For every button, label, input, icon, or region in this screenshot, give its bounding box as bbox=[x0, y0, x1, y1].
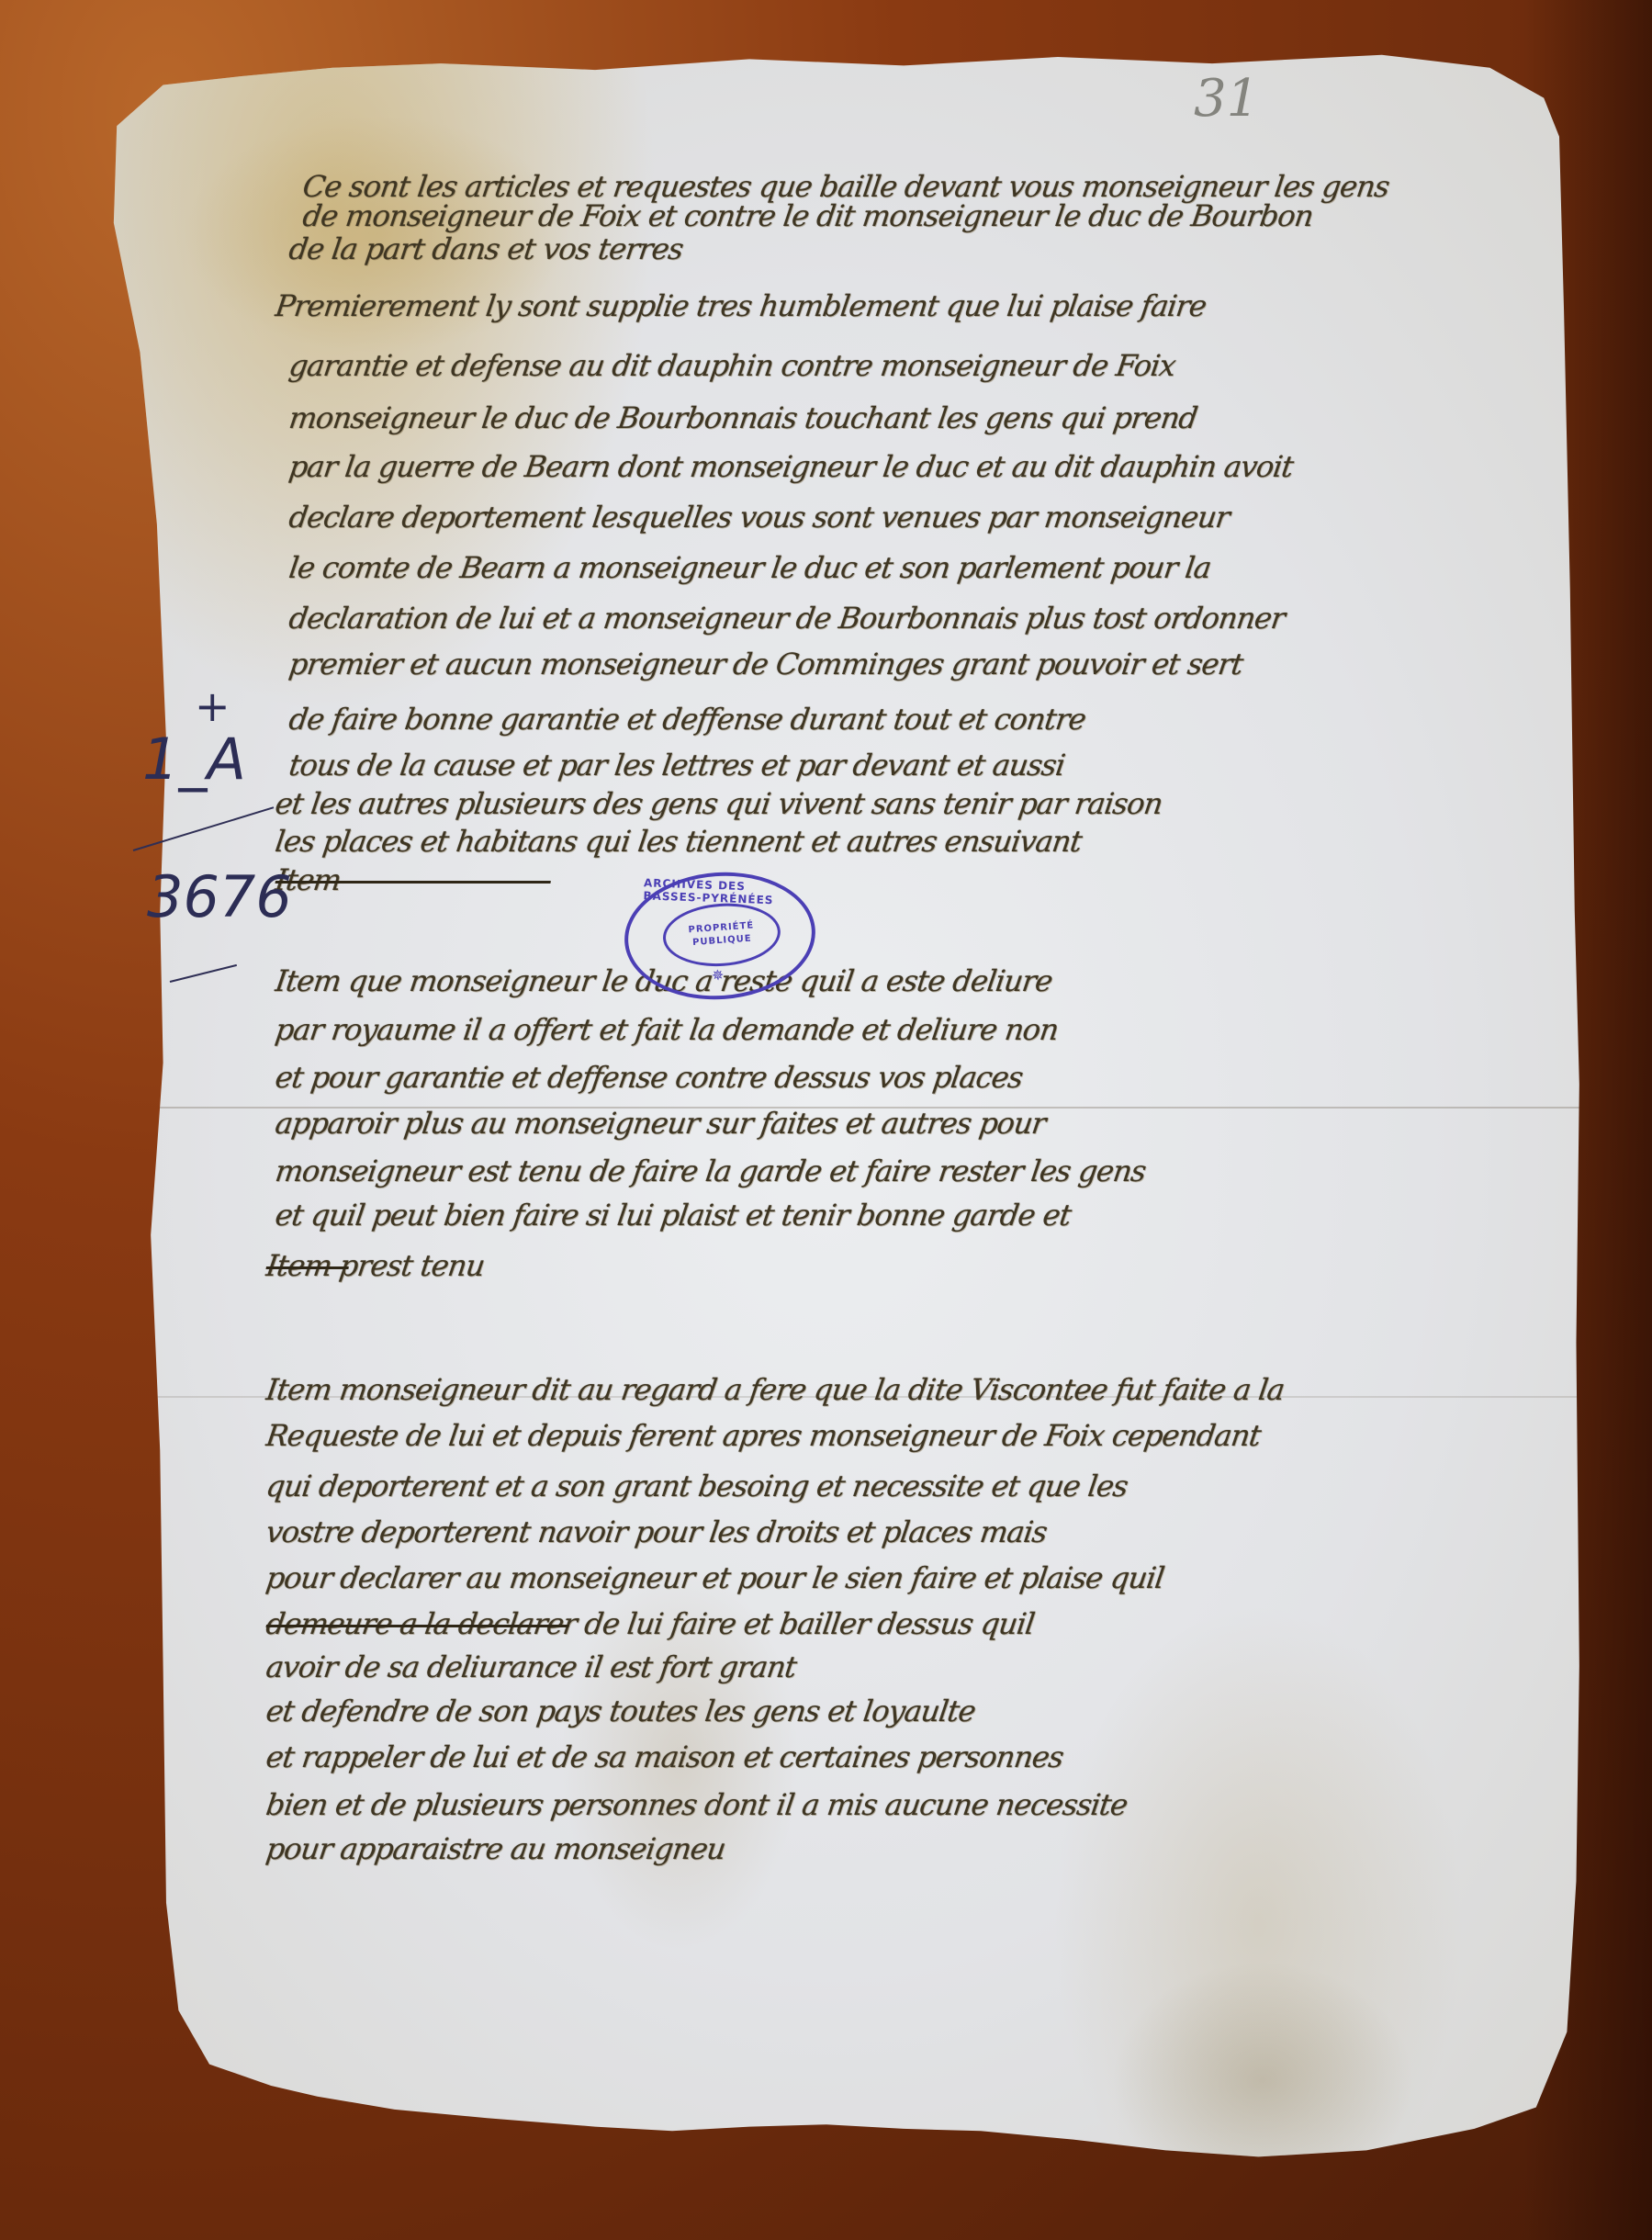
manuscript-line-struck: demeure a la declarer de lui faire et ba… bbox=[264, 1603, 1536, 1645]
manuscript-line: Item que monseigneur le duc a reste quil… bbox=[273, 960, 1444, 1002]
manuscript-line-struck: Item bbox=[273, 859, 572, 901]
margin-shelfmark-top: 1_A bbox=[142, 726, 246, 793]
manuscript-line: Item monseigneur dit au regard a fere qu… bbox=[264, 1368, 1536, 1411]
manuscript-line: qui deporterent et a son grant besoing e… bbox=[264, 1465, 1536, 1507]
margin-shelfmark-bottom: 3676 bbox=[147, 863, 292, 930]
manuscript-line: bien et de plusieurs personnes dont il a… bbox=[264, 1784, 1555, 1826]
manuscript-line: apparoir plus au monseigneur sur faites … bbox=[273, 1102, 1536, 1144]
manuscript-line: et defendre de son pays toutes les gens … bbox=[264, 1690, 1555, 1732]
manuscript-line: vostre deporterent navoir pour les droit… bbox=[264, 1511, 1536, 1553]
manuscript-line: declare deportement lesquelles vous sont… bbox=[287, 496, 1486, 538]
manuscript-line: par la guerre de Bearn dont monseigneur … bbox=[287, 445, 1486, 488]
manuscript-line: par royaume il a offert et fait la deman… bbox=[273, 1008, 1545, 1051]
manuscript-line: avoir de sa deliurance il est fort grant bbox=[264, 1646, 1536, 1688]
manuscript-line: garantie et defense au dit dauphin contr… bbox=[287, 344, 1440, 387]
margin-cross: + bbox=[195, 681, 230, 731]
manuscript-line: de faire bonne garantie et deffense dura… bbox=[287, 698, 1486, 740]
manuscript-line: premier et aucun monseigneur de Comminge… bbox=[287, 643, 1504, 685]
manuscript-line: les places et habitans qui les tiennent … bbox=[273, 820, 1545, 862]
manuscript-line: monseigneur le duc de Bourbonnais toucha… bbox=[287, 397, 1422, 439]
manuscript-line: et quil peut bien faire si lui plaist et… bbox=[273, 1194, 1545, 1236]
manuscript-line: de la part dans et vos terres bbox=[287, 228, 806, 270]
manuscript-line: pour apparaistre au monseigneur bbox=[264, 1828, 728, 1870]
manuscript-line: Requeste de lui et depuis ferent apres m… bbox=[264, 1414, 1536, 1457]
manuscript-line: Premierement ly sont supplie tres humble… bbox=[273, 285, 1444, 327]
manuscript-line: monseigneur est tenu de faire la garde e… bbox=[273, 1150, 1536, 1192]
manuscript-line: et pour garantie et deffense contre dess… bbox=[273, 1056, 1527, 1098]
manuscript-line: tous de la cause et par les lettres et p… bbox=[287, 744, 1486, 786]
manuscript-line: et rappeler de lui et de sa maison et ce… bbox=[264, 1736, 1536, 1778]
stamp-line-2: PUBLIQUE bbox=[692, 933, 752, 950]
manuscript-line: declaration de lui et a monseigneur de B… bbox=[287, 597, 1504, 639]
manuscript-line: pour declarer au monseigneur et pour le … bbox=[264, 1557, 1555, 1599]
stamp-inner-oval: PROPRIÉTÉ PUBLIQUE bbox=[661, 899, 782, 970]
folio-number: 31 bbox=[1194, 69, 1259, 129]
manuscript-line: et les autres plusieurs des gens qui viv… bbox=[273, 782, 1545, 825]
manuscript-line-struck: Item prest tenu bbox=[264, 1244, 581, 1287]
manuscript-line: le comte de Bearn a monseigneur le duc e… bbox=[287, 546, 1495, 589]
water-stain bbox=[1111, 1961, 1414, 2200]
stamp-star-icon: ✵ bbox=[711, 966, 725, 985]
